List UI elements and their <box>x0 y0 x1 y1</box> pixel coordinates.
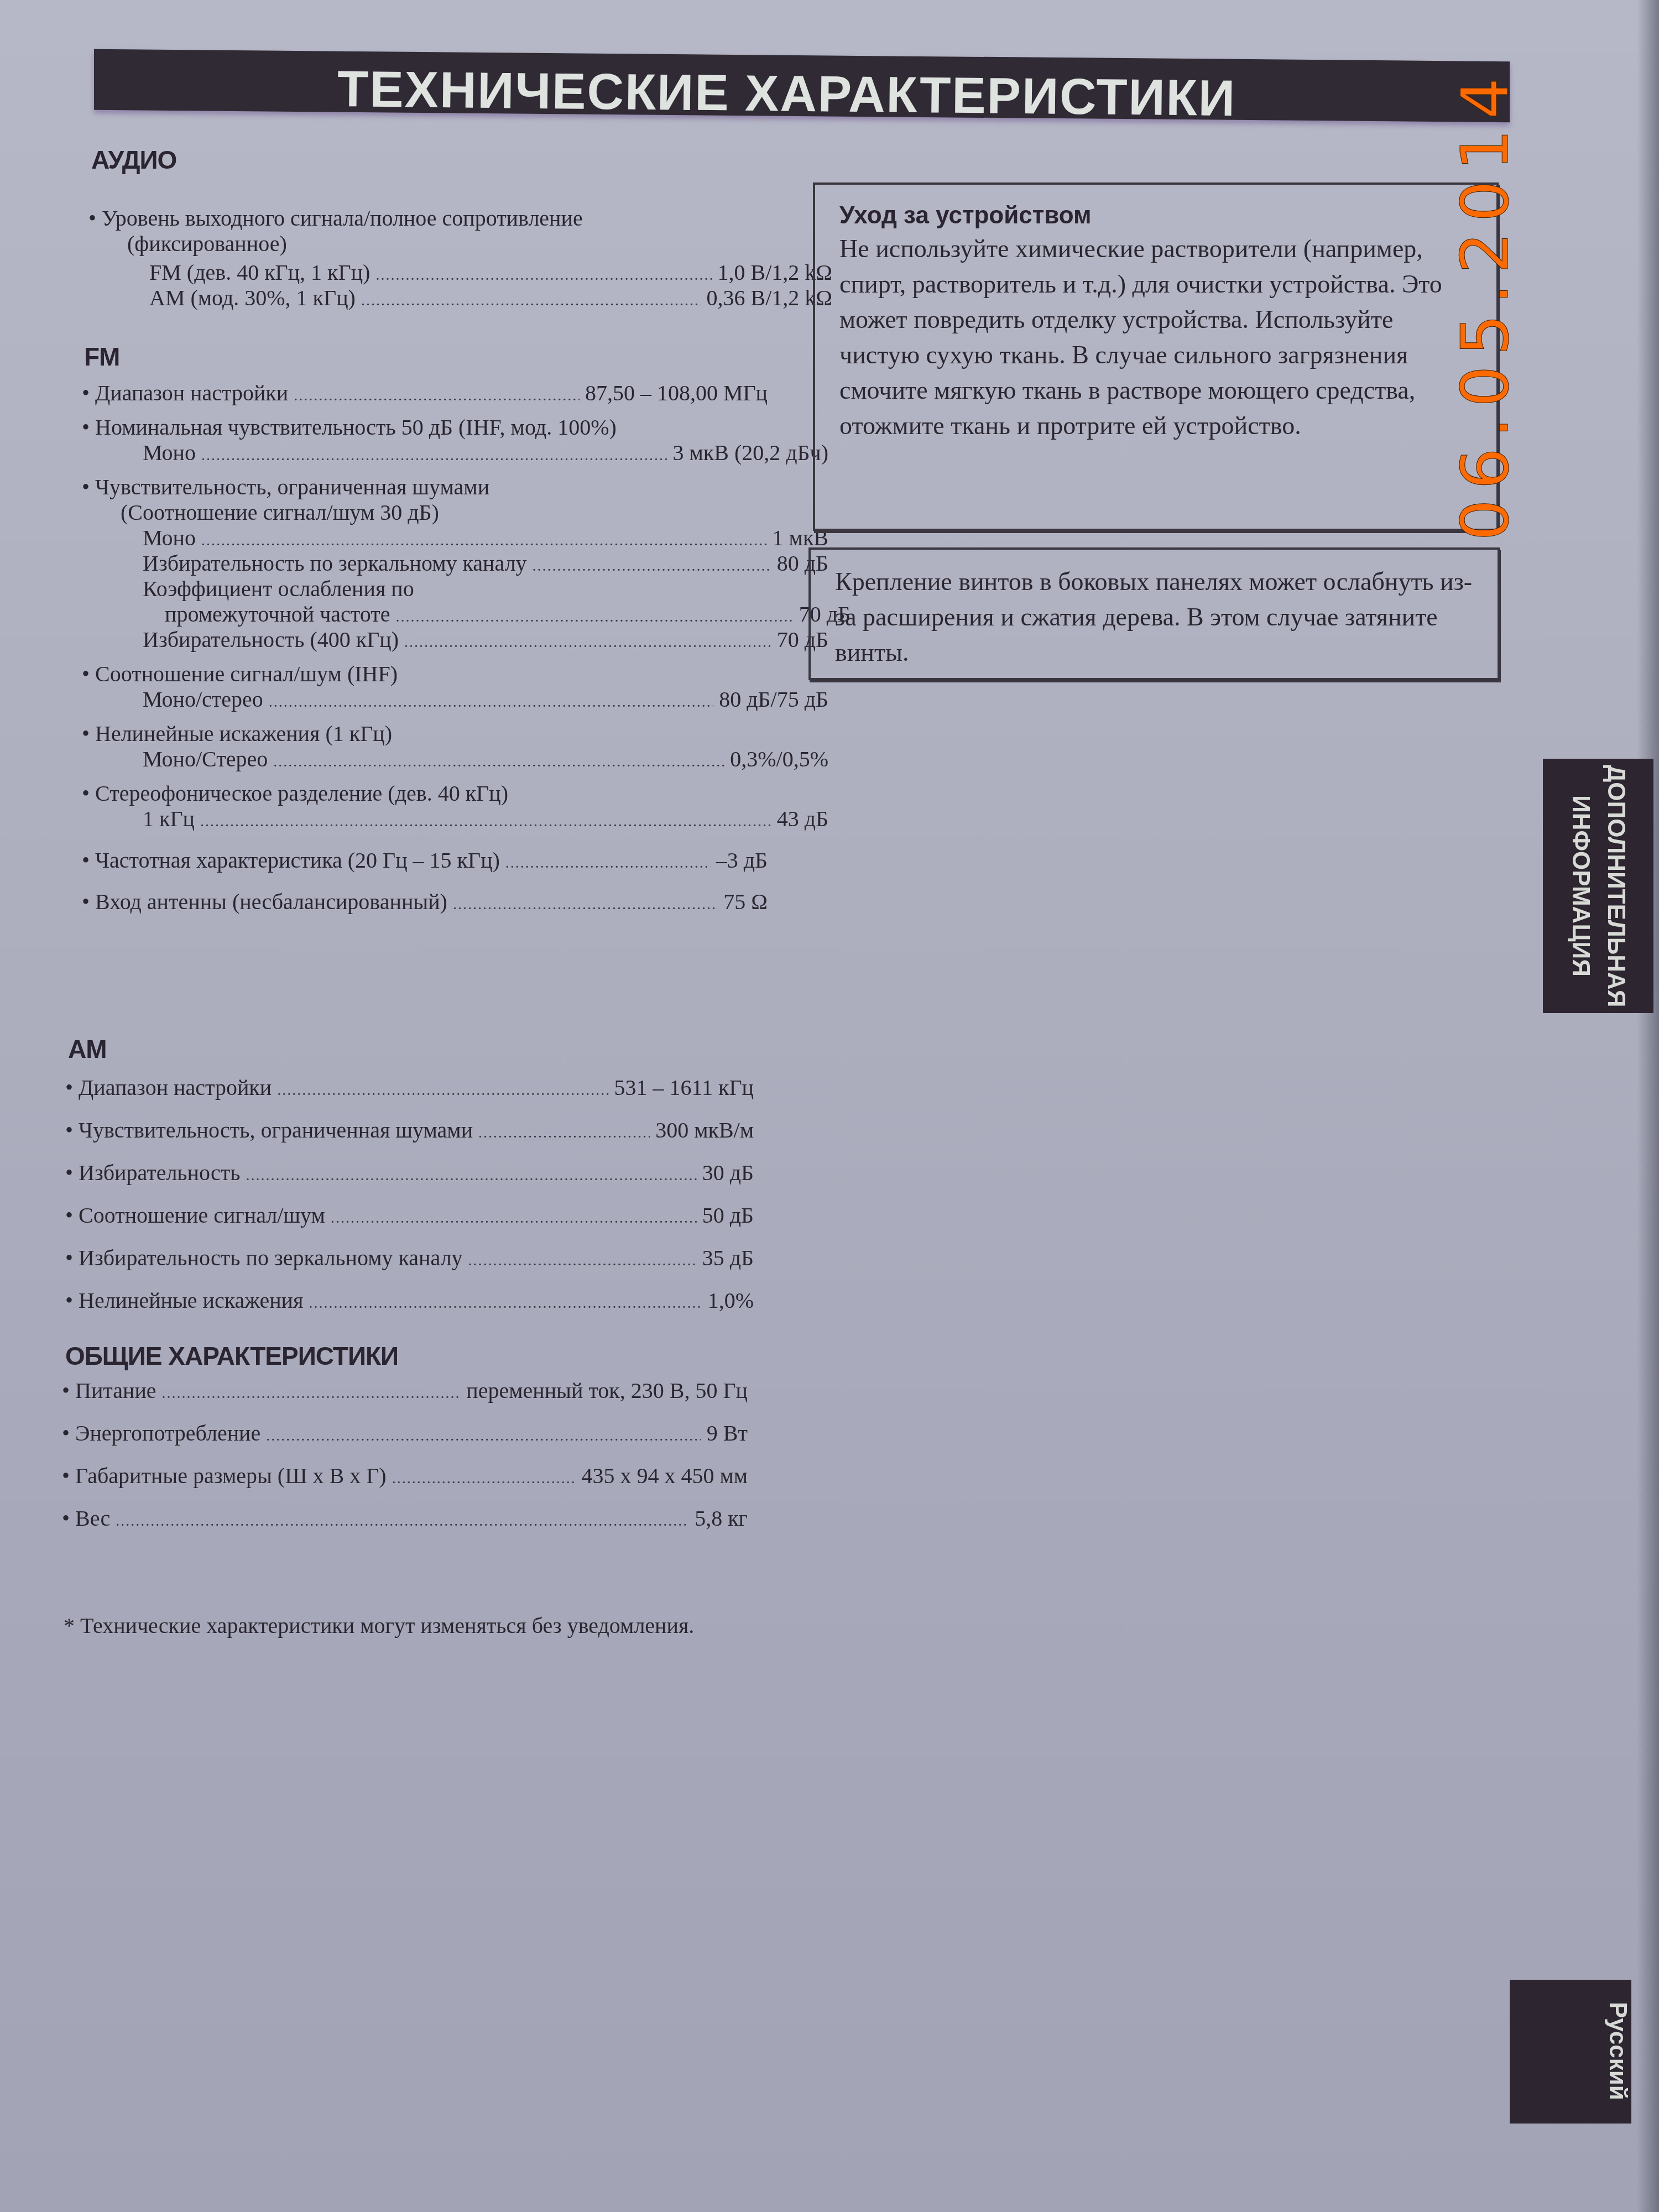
dot-leader <box>404 630 771 655</box>
dot-leader <box>361 288 701 314</box>
spec-label: Соотношение сигнал/шум (IHF) <box>95 661 398 687</box>
bullet: • <box>82 661 95 687</box>
spec-row: (Соотношение сигнал/шум 30 дБ) <box>82 500 806 525</box>
spec-label: Питание <box>75 1378 156 1404</box>
bullet: • <box>82 721 95 747</box>
spec-label: (фиксированное) <box>127 231 287 257</box>
spec-value: 75 Ω <box>723 889 768 915</box>
bullet: • <box>62 1506 75 1531</box>
spec-row: •Уровень выходного сигнала/полное сопрот… <box>88 206 771 231</box>
spec-row: Избирательность по зеркальному каналу80 … <box>82 551 828 579</box>
spec-row: Моно/Стерео0,3%/0,5% <box>82 747 828 775</box>
spec-row: •Габаритные размеры (Ш х В х Г)435 х 94 … <box>62 1463 748 1491</box>
dot-leader <box>453 892 718 917</box>
spec-value: 30 дБ <box>702 1160 754 1186</box>
bullet: • <box>88 206 102 231</box>
spec-label: Избирательность по зеркальному каналу <box>79 1245 463 1271</box>
spec-label: Избирательность (400 кГц) <box>143 627 399 653</box>
spec-label: Моно/стерео <box>143 687 263 712</box>
spec-row: •Частотная характеристика (20 Гц – 15 кГ… <box>82 848 768 876</box>
bullet: • <box>65 1075 79 1100</box>
spec-row: •Соотношение сигнал/шум (IHF) <box>82 661 768 687</box>
spec-row: AM (мод. 30%, 1 кГц)0,36 В/1,2 kΩ <box>88 285 832 314</box>
spec-label: Избирательность <box>79 1160 240 1186</box>
dot-leader <box>533 554 771 579</box>
care-notice-heading: Уход за устройством <box>839 200 1474 231</box>
spec-value: 80 дБ/75 дБ <box>719 687 828 712</box>
spec-label: Нелинейные искажения (1 кГц) <box>95 721 392 747</box>
dot-leader <box>201 443 667 468</box>
dot-leader <box>395 604 793 630</box>
dot-leader <box>468 1248 697 1274</box>
dot-leader <box>246 1163 696 1188</box>
spec-label: Диапазон настройки <box>95 380 288 406</box>
spec-value: –3 дБ <box>716 848 768 873</box>
spec-row: •Питаниепеременный ток, 230 В, 50 Гц <box>62 1378 748 1406</box>
care-notice-box: Уход за устройством Не используйте химич… <box>813 182 1499 531</box>
spec-row: •Чувствительность, ограниченная шумами30… <box>65 1118 754 1146</box>
spec-label: Энергопотребление <box>75 1421 260 1446</box>
bullet: • <box>82 889 95 915</box>
dot-leader <box>277 1078 608 1103</box>
section-heading-fm: FM <box>84 342 119 372</box>
dot-leader <box>392 1466 576 1491</box>
spec-label: Нелинейные искажения <box>79 1288 303 1313</box>
spec-label: Стереофоническое разделение (дев. 40 кГц… <box>95 781 508 806</box>
section-heading-audio: АУДИО <box>91 145 176 175</box>
dot-leader <box>116 1509 689 1534</box>
spec-row: •Избирательность30 дБ <box>65 1160 754 1188</box>
spec-value: переменный ток, 230 В, 50 Гц <box>466 1378 748 1404</box>
manual-page: ТЕХНИЧЕСКИЕ ХАРАКТЕРИСТИКИ АУДИО •Уровен… <box>0 0 1659 2212</box>
spec-value: 43 дБ <box>777 806 828 832</box>
spec-row: •Энергопотребление9 Вт <box>62 1421 748 1449</box>
spec-label: Моно <box>143 525 196 551</box>
spec-row: •Чувствительность, ограниченная шумами <box>82 474 768 500</box>
bullet: • <box>65 1118 79 1143</box>
spec-value: 5,8 кг <box>695 1506 748 1531</box>
spec-row: •Вес5,8 кг <box>62 1506 748 1534</box>
spec-label: Соотношение сигнал/шум <box>79 1203 325 1228</box>
spec-value: 0,3%/0,5% <box>730 747 828 772</box>
spec-row: •Нелинейные искажения (1 кГц) <box>82 721 768 747</box>
bullet: • <box>65 1160 79 1186</box>
bullet: • <box>65 1245 79 1271</box>
footnote: * Технические характеристики могут измен… <box>64 1612 727 1640</box>
language-tab: Русский <box>1510 1980 1631 2124</box>
spec-row: •Стереофоническое разделение (дев. 40 кГ… <box>82 781 768 806</box>
spec-label: Моно <box>143 440 196 466</box>
dot-leader <box>309 1291 702 1316</box>
spec-label: Габаритные размеры (Ш х В х Г) <box>75 1463 387 1489</box>
spec-label: Номинальная чувствительность 50 дБ (IHF,… <box>95 415 617 440</box>
spec-row: •Вход антенны (несбалансированный)75 Ω <box>82 889 768 917</box>
spec-row: промежуточной частоте70 дБ <box>82 602 851 630</box>
bullet: • <box>82 380 95 406</box>
spec-label: Частотная характеристика (20 Гц – 15 кГц… <box>95 848 500 873</box>
spec-label: Избирательность по зеркальному каналу <box>143 551 527 576</box>
spec-value: 35 дБ <box>702 1245 754 1271</box>
screws-notice-box: Крепление винтов в боковых панелях может… <box>808 547 1500 680</box>
section-heading-general: ОБЩИЕ ХАРАКТЕРИСТИКИ <box>65 1341 398 1371</box>
spec-row: Избирательность (400 кГц)70 дБ <box>82 627 828 655</box>
bullet: • <box>62 1378 75 1404</box>
spec-row: •Нелинейные искажения1,0% <box>65 1288 754 1316</box>
care-notice-text: Не используйте химические растворители (… <box>839 231 1474 444</box>
spec-row: (фиксированное) <box>88 231 810 257</box>
section-heading-am: AM <box>68 1034 107 1064</box>
spec-value: 1,0% <box>708 1288 754 1313</box>
spec-label: Вход антенны (несбалансированный) <box>95 889 447 915</box>
spec-label: Моно/Стерео <box>143 747 268 772</box>
spec-row: •Диапазон настройки87,50 – 108,00 МГц <box>82 380 768 409</box>
spec-value: 9 Вт <box>707 1421 748 1446</box>
spec-label: промежуточной частоте <box>165 602 390 627</box>
dot-leader <box>273 749 724 775</box>
bullet: • <box>82 474 95 500</box>
spec-value: 300 мкВ/м <box>655 1118 754 1143</box>
dot-leader <box>162 1381 461 1406</box>
bullet: • <box>62 1421 75 1446</box>
spec-label: Диапазон настройки <box>79 1075 272 1100</box>
dot-leader <box>331 1206 697 1231</box>
spec-value: 531 – 1611 кГц <box>614 1075 754 1100</box>
bullet: • <box>65 1288 79 1313</box>
page-edge-shadow <box>1637 0 1659 2212</box>
spec-value: 3 мкВ (20,2 дБч) <box>672 440 828 466</box>
spec-value: 87,50 – 108,00 МГц <box>585 380 768 406</box>
spec-value: 50 дБ <box>702 1203 754 1228</box>
spec-label: (Соотношение сигнал/шум 30 дБ) <box>121 500 439 525</box>
section-tab-additional-info: ДОПОЛНИТЕЛЬНАЯ ИНФОРМАЦИЯ <box>1543 759 1653 1013</box>
spec-label: AM (мод. 30%, 1 кГц) <box>149 285 356 311</box>
spec-row: •Номинальная чувствительность 50 дБ (IHF… <box>82 415 768 440</box>
spec-label: Уровень выходного сигнала/полное сопроти… <box>102 206 583 231</box>
bullet: • <box>82 848 95 873</box>
spec-label: FM (дев. 40 кГц, 1 кГц) <box>149 260 370 285</box>
dot-leader <box>478 1120 650 1146</box>
spec-row: Моно1 мкВ <box>82 525 828 554</box>
dot-leader <box>266 1423 701 1449</box>
dot-leader <box>269 690 713 715</box>
spec-row: 1 кГц43 дБ <box>82 806 828 834</box>
spec-row: Коэффициент ослабления по <box>82 576 828 602</box>
bullet: • <box>82 415 95 440</box>
bullet: • <box>65 1203 79 1228</box>
dot-leader <box>505 851 711 876</box>
spec-row: Моно/стерео80 дБ/75 дБ <box>82 687 828 715</box>
spec-label: Чувствительность, ограниченная шумами <box>95 474 489 500</box>
page-title: ТЕХНИЧЕСКИЕ ХАРАКТЕРИСТИКИ <box>337 60 1277 128</box>
spec-label: Вес <box>75 1506 110 1531</box>
spec-row: •Избирательность по зеркальному каналу35… <box>65 1245 754 1274</box>
dot-leader <box>201 528 767 554</box>
spec-row: •Диапазон настройки531 – 1611 кГц <box>65 1075 754 1103</box>
spec-label: Чувствительность, ограниченная шумами <box>79 1118 473 1143</box>
spec-row: •Соотношение сигнал/шум50 дБ <box>65 1203 754 1231</box>
bullet: • <box>62 1463 75 1489</box>
dot-leader <box>294 383 580 409</box>
spec-row: FM (дев. 40 кГц, 1 кГц)1,0 В/1,2 kΩ <box>88 260 832 288</box>
dot-leader <box>375 263 712 288</box>
spec-label: 1 кГц <box>143 806 195 832</box>
bullet: • <box>82 781 95 806</box>
spec-label: Коэффициент ослабления по <box>143 576 414 602</box>
camera-date-stamp: 06.05.2014 <box>1452 94 1518 514</box>
dot-leader <box>200 809 771 834</box>
spec-row: Моно3 мкВ (20,2 дБч) <box>82 440 828 468</box>
spec-value: 435 х 94 х 450 мм <box>581 1463 748 1489</box>
screws-notice-text: Крепление винтов в боковых панелях может… <box>835 564 1475 670</box>
